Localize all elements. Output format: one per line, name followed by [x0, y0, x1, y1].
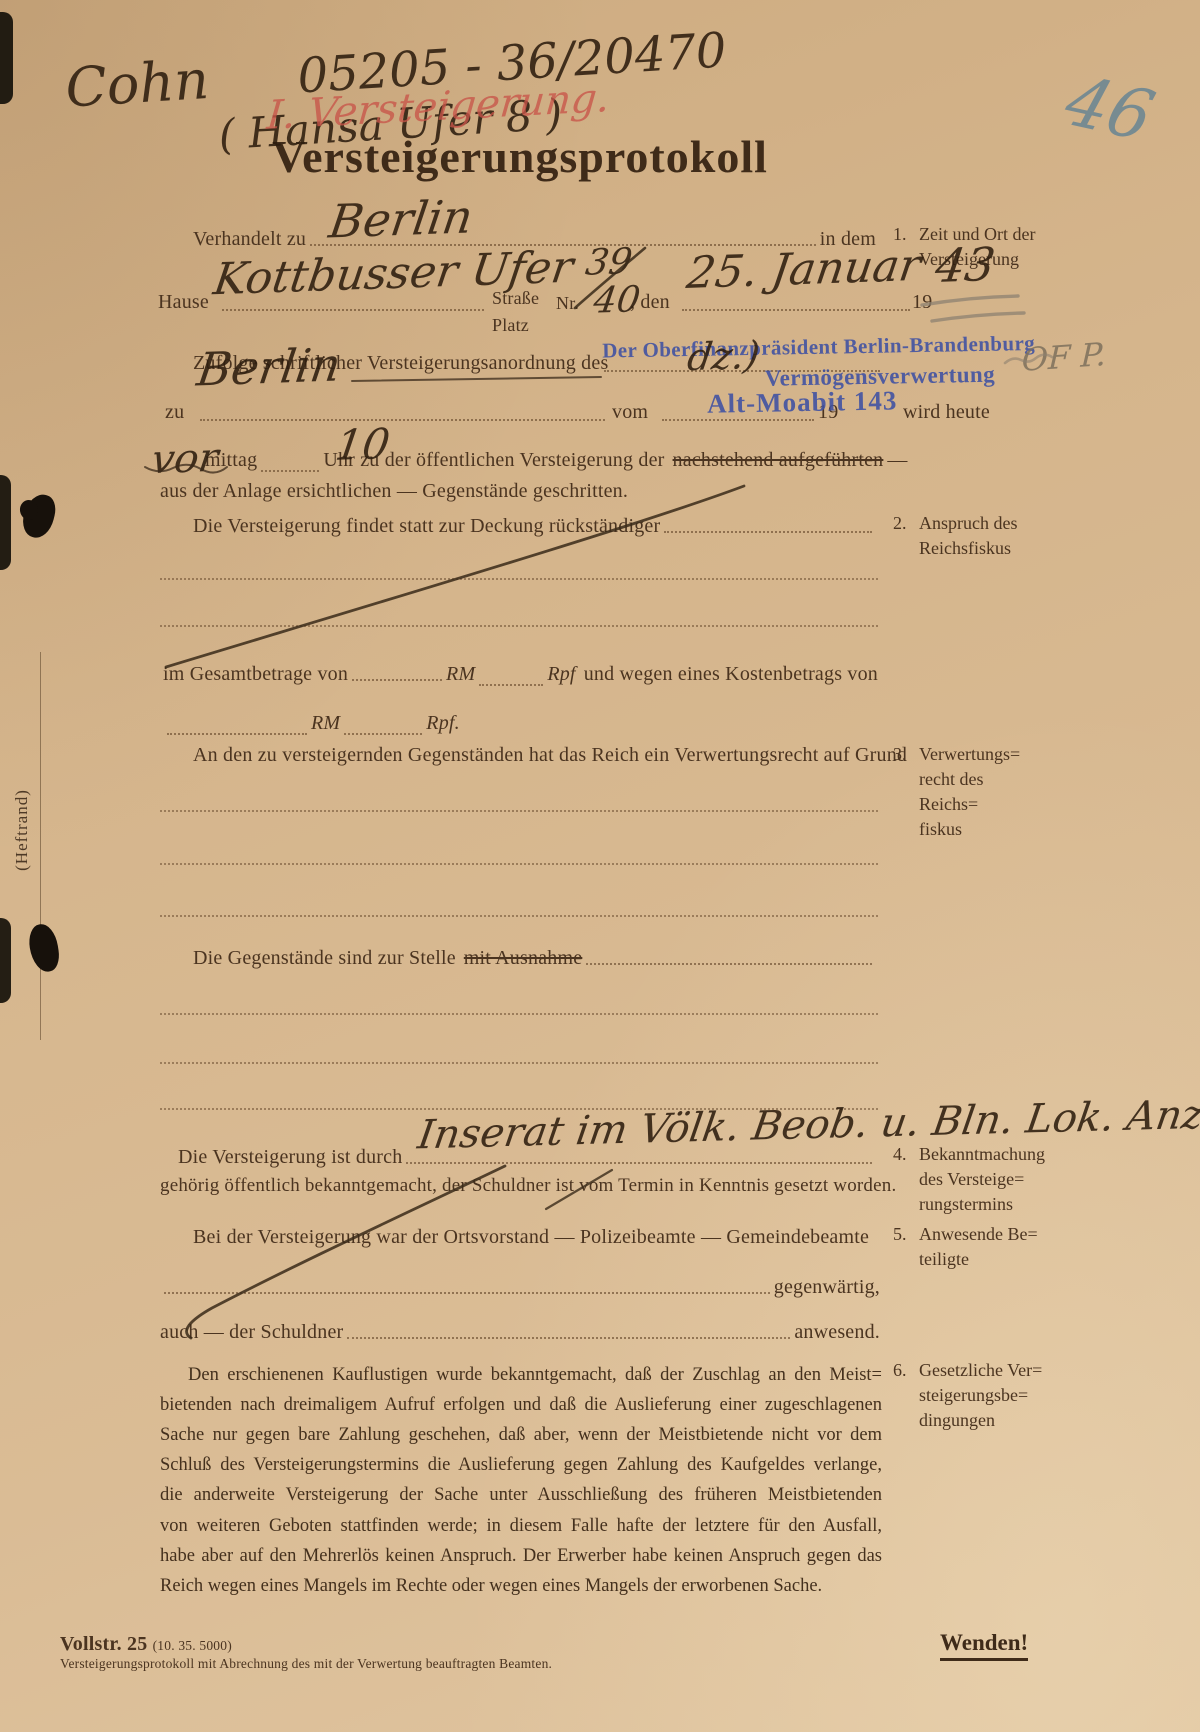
handwritten-house-no-bottom: 40 [591, 279, 643, 322]
label-hause: Hause [158, 291, 209, 314]
handwritten-house-no-top: 39 [583, 241, 635, 284]
margin-note-text: Anwesende Be= teiligte [919, 1222, 1043, 1272]
margin-note-text: Verwertungs= recht des Reichs= fiskus [919, 742, 1043, 842]
line-deckung: Die Versteigerung findet statt zur Decku… [193, 515, 876, 538]
auction-protocol-document: (Heftrand) Cohn 05205 - 36/20470 ( Hansa… [0, 0, 1200, 1732]
margin-note-number: 6. [893, 1358, 907, 1383]
margin-note-2: 2. Anspruch des Reichsfiskus [893, 511, 1043, 561]
dotted-row [160, 1013, 878, 1015]
line-uhrzeit: mittag Uhr zu der öffentlichen Versteige… [205, 449, 908, 472]
label-rpf: Rpf [547, 663, 575, 686]
line-anwesende: Bei der Versteigerung war der Ortsvorsta… [193, 1226, 876, 1249]
margin-note-5: 5. Anwesende Be= teiligte [893, 1222, 1043, 1272]
heftrand-label: (Heftrand) [12, 750, 36, 910]
margin-note-6: 6. Gesetzliche Ver= steigerungsbe= dingu… [893, 1358, 1043, 1433]
dotted-field-claims [664, 529, 872, 533]
conditions-line: Sache nur gegen bare Zahlung geschehen, … [160, 1420, 882, 1450]
dotted-row [160, 810, 878, 812]
handwritten-owner-name: Cohn [64, 48, 211, 120]
margin-note-number: 2. [893, 511, 907, 536]
dotted-field-hour [261, 454, 319, 472]
label-19a: 19 [912, 291, 932, 314]
handwritten-year: 43 [932, 237, 999, 293]
line-gegenwaertig: gegenwärtig, [160, 1276, 880, 1299]
label-rm2: RM [311, 712, 340, 735]
dotted-row [160, 915, 878, 917]
label-verhandelt-zu: Verhandelt zu [193, 228, 306, 251]
dotted-field-amount [352, 677, 442, 681]
line-auch-schuldner: auch — der Schuldner anwesend. [160, 1321, 880, 1344]
diagonal-strike-section2 [166, 486, 744, 667]
label-anwesend: anwesend. [794, 1321, 880, 1344]
dotted-field-present [164, 1290, 770, 1294]
label-durch: Die Versteigerung ist durch [178, 1146, 402, 1169]
line-bekannt: gehörig öffentlich bekanntgemacht, der S… [160, 1175, 896, 1197]
label-auch: auch — der Schuldner [160, 1321, 343, 1344]
handwritten-vor: vor [149, 435, 222, 483]
line-gesamtbetrag: im Gesamtbetrage von RM Rpf und wegen ei… [163, 663, 878, 686]
label-platz: Platz [492, 315, 529, 336]
scan-edge-mark [0, 475, 11, 570]
dotted-row [160, 625, 878, 627]
label-gegenwaertig: gegenwärtig, [774, 1276, 880, 1299]
wenden-label: Wenden! [940, 1630, 1028, 1661]
label-deckung: Die Versteigerung findet statt zur Decku… [193, 515, 660, 538]
label-vom: vom [612, 401, 648, 424]
label-rm: RM [446, 663, 475, 686]
dash-glyph: — [887, 449, 907, 472]
line-verwertungsrecht: An den zu versteigernden Gegenständen ha… [193, 744, 907, 767]
dotted-field-exception [586, 961, 872, 965]
stamp-line-authority: Der Oberfinanzpräsident Berlin-Brandenbu… [602, 331, 1035, 364]
struck-ausnahme: mit Ausnahme [464, 947, 583, 970]
conditions-line: bietenden nach dreimaligem Aufruf erfolg… [160, 1390, 882, 1420]
handwritten-city: Berlin [326, 190, 476, 249]
dotted-row [160, 1062, 878, 1064]
pencil-underline-year-2 [932, 313, 1024, 321]
conditions-line: habe aber auf den Mehrerlös keinen Anspr… [160, 1541, 882, 1571]
dotted-field-amount2 [167, 717, 307, 735]
conditions-line: die anderweite Versteigerung der Sache u… [160, 1480, 882, 1510]
margin-note-text: Anspruch des Reichsfiskus [919, 511, 1043, 561]
stamp-line-address: Alt-Moabit 143 [707, 385, 898, 419]
heftrand-line [40, 652, 41, 1040]
margin-note-text: Bekanntmachung des Versteige= rungstermi… [919, 1142, 1043, 1217]
label-kosten: und wegen eines Kostenbetrags von [584, 663, 878, 686]
footer-form-id: Vollstr. 25 (10. 35. 5000) [60, 1633, 232, 1656]
dotted-row [160, 863, 878, 865]
margin-note-text: Gesetzliche Ver= steigerungsbe= dingunge… [919, 1358, 1043, 1433]
handwritten-hour: 10 [332, 419, 393, 470]
label-rpf2: Rpf. [426, 712, 460, 735]
label-anwesende: Bei der Versteigerung war der Ortsvorsta… [193, 1226, 869, 1249]
line-stelle: Die Gegenstände sind zur Stelle mit Ausn… [193, 947, 876, 970]
line-anlage: aus der Anlage ersichtlichen — Gegenstän… [160, 480, 628, 503]
conditions-line: von weiteren Geboten stattfinden werde; … [160, 1511, 882, 1541]
footer-form-id-text: Vollstr. 25 [60, 1633, 147, 1655]
dotted-field-rpf [479, 668, 543, 686]
label-stelle: Die Gegenstände sind zur Stelle [193, 947, 456, 970]
conditions-line: Den erschienenen Kauflustigen wurde beka… [160, 1360, 882, 1390]
footer-print-info: (10. 35. 5000) [153, 1638, 232, 1653]
scan-edge-mark [0, 918, 11, 1003]
label-zu: zu [165, 401, 184, 424]
line-rm2: RM Rpf. [163, 712, 460, 735]
punch-hole [26, 922, 61, 974]
scan-edge-mark [0, 12, 13, 104]
handwritten-date: 25. Januar [684, 240, 924, 299]
struck-nachstehend: nachstehend aufgeführten [673, 449, 884, 472]
dotted-field-rpf2 [344, 717, 422, 735]
label-nr: Nr. [556, 293, 579, 314]
margin-note-4: 4. Bekanntmachung des Versteige= rungste… [893, 1142, 1043, 1217]
underline-zufolge [352, 377, 601, 381]
margin-note-number: 5. [893, 1222, 907, 1247]
conditions-line: Reich wegen eines Mangels im Rechte oder… [160, 1571, 882, 1601]
handwritten-order-city: Berlin [194, 338, 344, 397]
conditions-line: Schluß des Versteigerungstermins die Aus… [160, 1450, 882, 1480]
handwritten-ofp-pencil: OF P. [1021, 335, 1107, 379]
dotted-row [160, 578, 878, 580]
margin-note-3: 3. Verwertungs= recht des Reichs= fiskus [893, 742, 1043, 842]
dotted-field-debtor [347, 1335, 790, 1339]
dotted-field-order-city [200, 403, 605, 421]
footer-subtitle: Versteigerungsprotokoll mit Abrechnung d… [60, 1656, 552, 1672]
pencil-underline-year-1 [922, 296, 1018, 305]
dotted-field-publication [406, 1160, 872, 1164]
label-wird-heute: wird heute [903, 401, 990, 424]
handwritten-vom-note: dz.) [685, 333, 763, 379]
margin-note-number: 3. [893, 742, 907, 767]
label-gesamtbetrag: im Gesamtbetrage von [163, 663, 348, 686]
